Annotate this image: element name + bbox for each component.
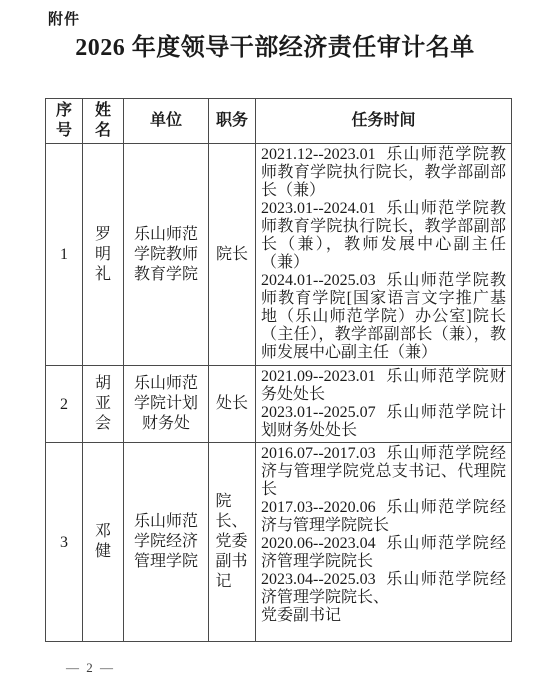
col-header-name: 姓名 — [83, 99, 124, 144]
cell-term-periods: 2021.09--2023.01 乐山师范学院财务处处长 2023.01--20… — [256, 366, 512, 443]
term-entry: 2021.09--2023.01 乐山师范学院财务处处长 — [261, 368, 506, 404]
cell-unit: 乐山师范学院经济管理学院 — [124, 443, 209, 642]
cell-unit: 乐山师范学院教师教育学院 — [124, 144, 209, 366]
term-entry: 2023.01--2024.01 乐山师范学院教师教育学院执行院长，教学部副部长… — [261, 200, 506, 272]
term-entry: 2023.01--2025.07 乐山师范学院计划财务处处长 — [261, 404, 506, 440]
cell-position: 处长 — [209, 366, 256, 443]
position-title: 处长 — [216, 394, 248, 414]
page-number: — 2 — — [66, 660, 115, 676]
cell-position: 院长 — [209, 144, 256, 366]
person-name: 胡亚会 — [95, 374, 112, 434]
person-name: 罗明礼 — [95, 225, 112, 285]
cell-serial: 1 — [46, 144, 83, 366]
cell-unit: 乐山师范学院计划财务处 — [124, 366, 209, 443]
position-title: 院长、党委副书记 — [216, 492, 249, 592]
table-header-row: 序号 姓名 单位 职务 任务时间 — [46, 99, 512, 144]
unit-name: 乐山师范学院计划财务处 — [134, 374, 198, 434]
col-header-unit: 单位 — [124, 99, 209, 144]
table-row: 1 罗明礼 乐山师范学院教师教育学院 院长 2021.12--2023.01 乐… — [46, 144, 512, 366]
col-header-name-label: 姓名 — [95, 101, 111, 141]
cell-name: 邓健 — [83, 443, 124, 642]
cell-position: 院长、党委副书记 — [209, 443, 256, 642]
table-row: 2 胡亚会 乐山师范学院计划财务处 处长 2021.09--2023.01 乐山… — [46, 366, 512, 443]
attachment-label: 附件 — [48, 8, 80, 29]
col-header-serial-label: 序号 — [56, 101, 72, 141]
unit-name: 乐山师范学院教师教育学院 — [134, 225, 198, 285]
col-header-position: 职务 — [209, 99, 256, 144]
audit-list-table: 序号 姓名 单位 职务 任务时间 1 罗明礼 乐山师范学院教师教育学院 院长 2… — [45, 98, 512, 642]
term-entry: 2016.07--2017.03 乐山师范学院经济与管理学院党总支书记、代理院长 — [261, 445, 506, 499]
term-entry: 2020.06--2023.04 乐山师范学院经济管理学院院长 — [261, 535, 506, 571]
term-entry: 2021.12--2023.01 乐山师范学院教师教育学院执行院长，教学部副部长… — [261, 146, 506, 200]
cell-serial: 2 — [46, 366, 83, 443]
page-title: 2026 年度领导干部经济责任审计名单 — [0, 27, 550, 62]
cell-term-periods: 2016.07--2017.03 乐山师范学院经济与管理学院党总支书记、代理院长… — [256, 443, 512, 642]
term-entry: 2024.01--2025.03 乐山师范学院教师教育学院[国家语言文字推广基地… — [261, 272, 506, 362]
unit-name: 乐山师范学院经济管理学院 — [134, 512, 198, 572]
table-row: 3 邓健 乐山师范学院经济管理学院 院长、党委副书记 2016.07--2017… — [46, 443, 512, 642]
cell-term-periods: 2021.12--2023.01 乐山师范学院教师教育学院执行院长，教学部副部长… — [256, 144, 512, 366]
cell-name: 胡亚会 — [83, 366, 124, 443]
col-header-term: 任务时间 — [256, 99, 512, 144]
term-entry: 2017.03--2020.06 乐山师范学院经济与管理学院院长 — [261, 499, 506, 535]
term-entry: 2023.04--2025.03 乐山师范学院经济管理学院院长、 党委副书记 — [261, 571, 506, 625]
position-title: 院长 — [216, 245, 248, 265]
cell-name: 罗明礼 — [83, 144, 124, 366]
cell-serial: 3 — [46, 443, 83, 642]
col-header-serial: 序号 — [46, 99, 83, 144]
person-name: 邓健 — [95, 522, 112, 562]
